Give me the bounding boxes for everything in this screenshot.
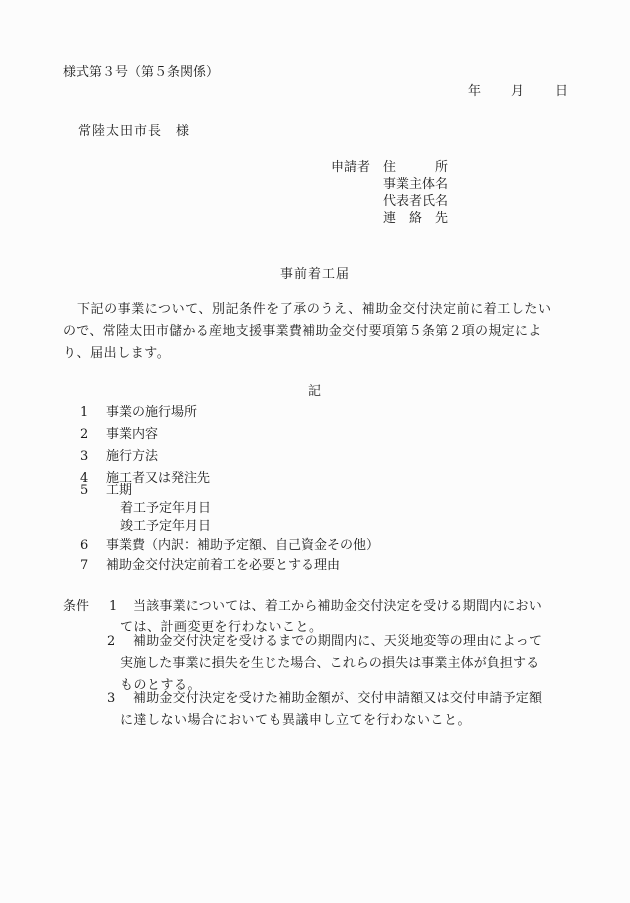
ki-heading: 記: [308, 382, 321, 401]
item-subtext-completion-date: 竣工予定年月日: [120, 517, 211, 536]
item-text: 事業費（内訳：補助予定額、自己資金その他）: [106, 536, 379, 555]
item-number: 2: [80, 425, 88, 444]
condition-number: 1: [109, 597, 117, 616]
item-text: 工期: [106, 481, 132, 500]
addressee: 常陸太田市長 様: [78, 122, 190, 141]
date-day: 日: [555, 82, 568, 101]
item-subtext-start-date: 着工予定年月日: [120, 499, 211, 518]
conditions-label: 条件: [63, 597, 89, 616]
body-line: ので、常陸太田市儲かる産地支援事業費補助金交付要項第５条第２項の規定によ: [63, 322, 542, 341]
document-title: 事前着工届: [280, 265, 350, 284]
item-text: 施行方法: [106, 447, 158, 466]
item-text: 事業内容: [106, 425, 158, 444]
condition-text: 補助金交付決定を受けた補助金額が、交付申請額又は交付申請予定額: [133, 689, 542, 708]
applicant-contact: 連 絡 先: [383, 209, 448, 228]
body-line: り、届出します。: [63, 344, 170, 363]
date-month: 月: [511, 82, 524, 101]
condition-number: 2: [107, 632, 115, 651]
condition-text: に達しない場合においても異議申し立てを行わないこと。: [120, 711, 471, 730]
item-number: 5: [80, 481, 88, 500]
condition-text: 補助金交付決定を受けるまでの期間内に、天災地変等の理由によって: [133, 632, 542, 651]
body-line: 下記の事業について、別記条件を了承のうえ、補助金交付決定前に着工したい: [77, 300, 552, 319]
item-number: 7: [80, 556, 88, 575]
condition-number: 3: [107, 689, 115, 708]
item-text: 事業の施行場所: [106, 403, 197, 422]
item-number: 3: [80, 447, 88, 466]
form-number: 様式第３号（第５条関係）: [63, 63, 219, 82]
item-text: 補助金交付決定前着工を必要とする理由: [106, 556, 340, 575]
condition-text: 実施した事業に損失を生じた場合、これらの損失は事業主体が負担する: [120, 654, 539, 673]
condition-text: 当該事業については、着工から補助金交付決定を受ける期間内におい: [133, 597, 542, 616]
item-number: 1: [80, 403, 88, 422]
date-year: 年: [468, 82, 481, 101]
applicant-label: 申請者: [331, 158, 370, 177]
item-number: 6: [80, 536, 88, 555]
